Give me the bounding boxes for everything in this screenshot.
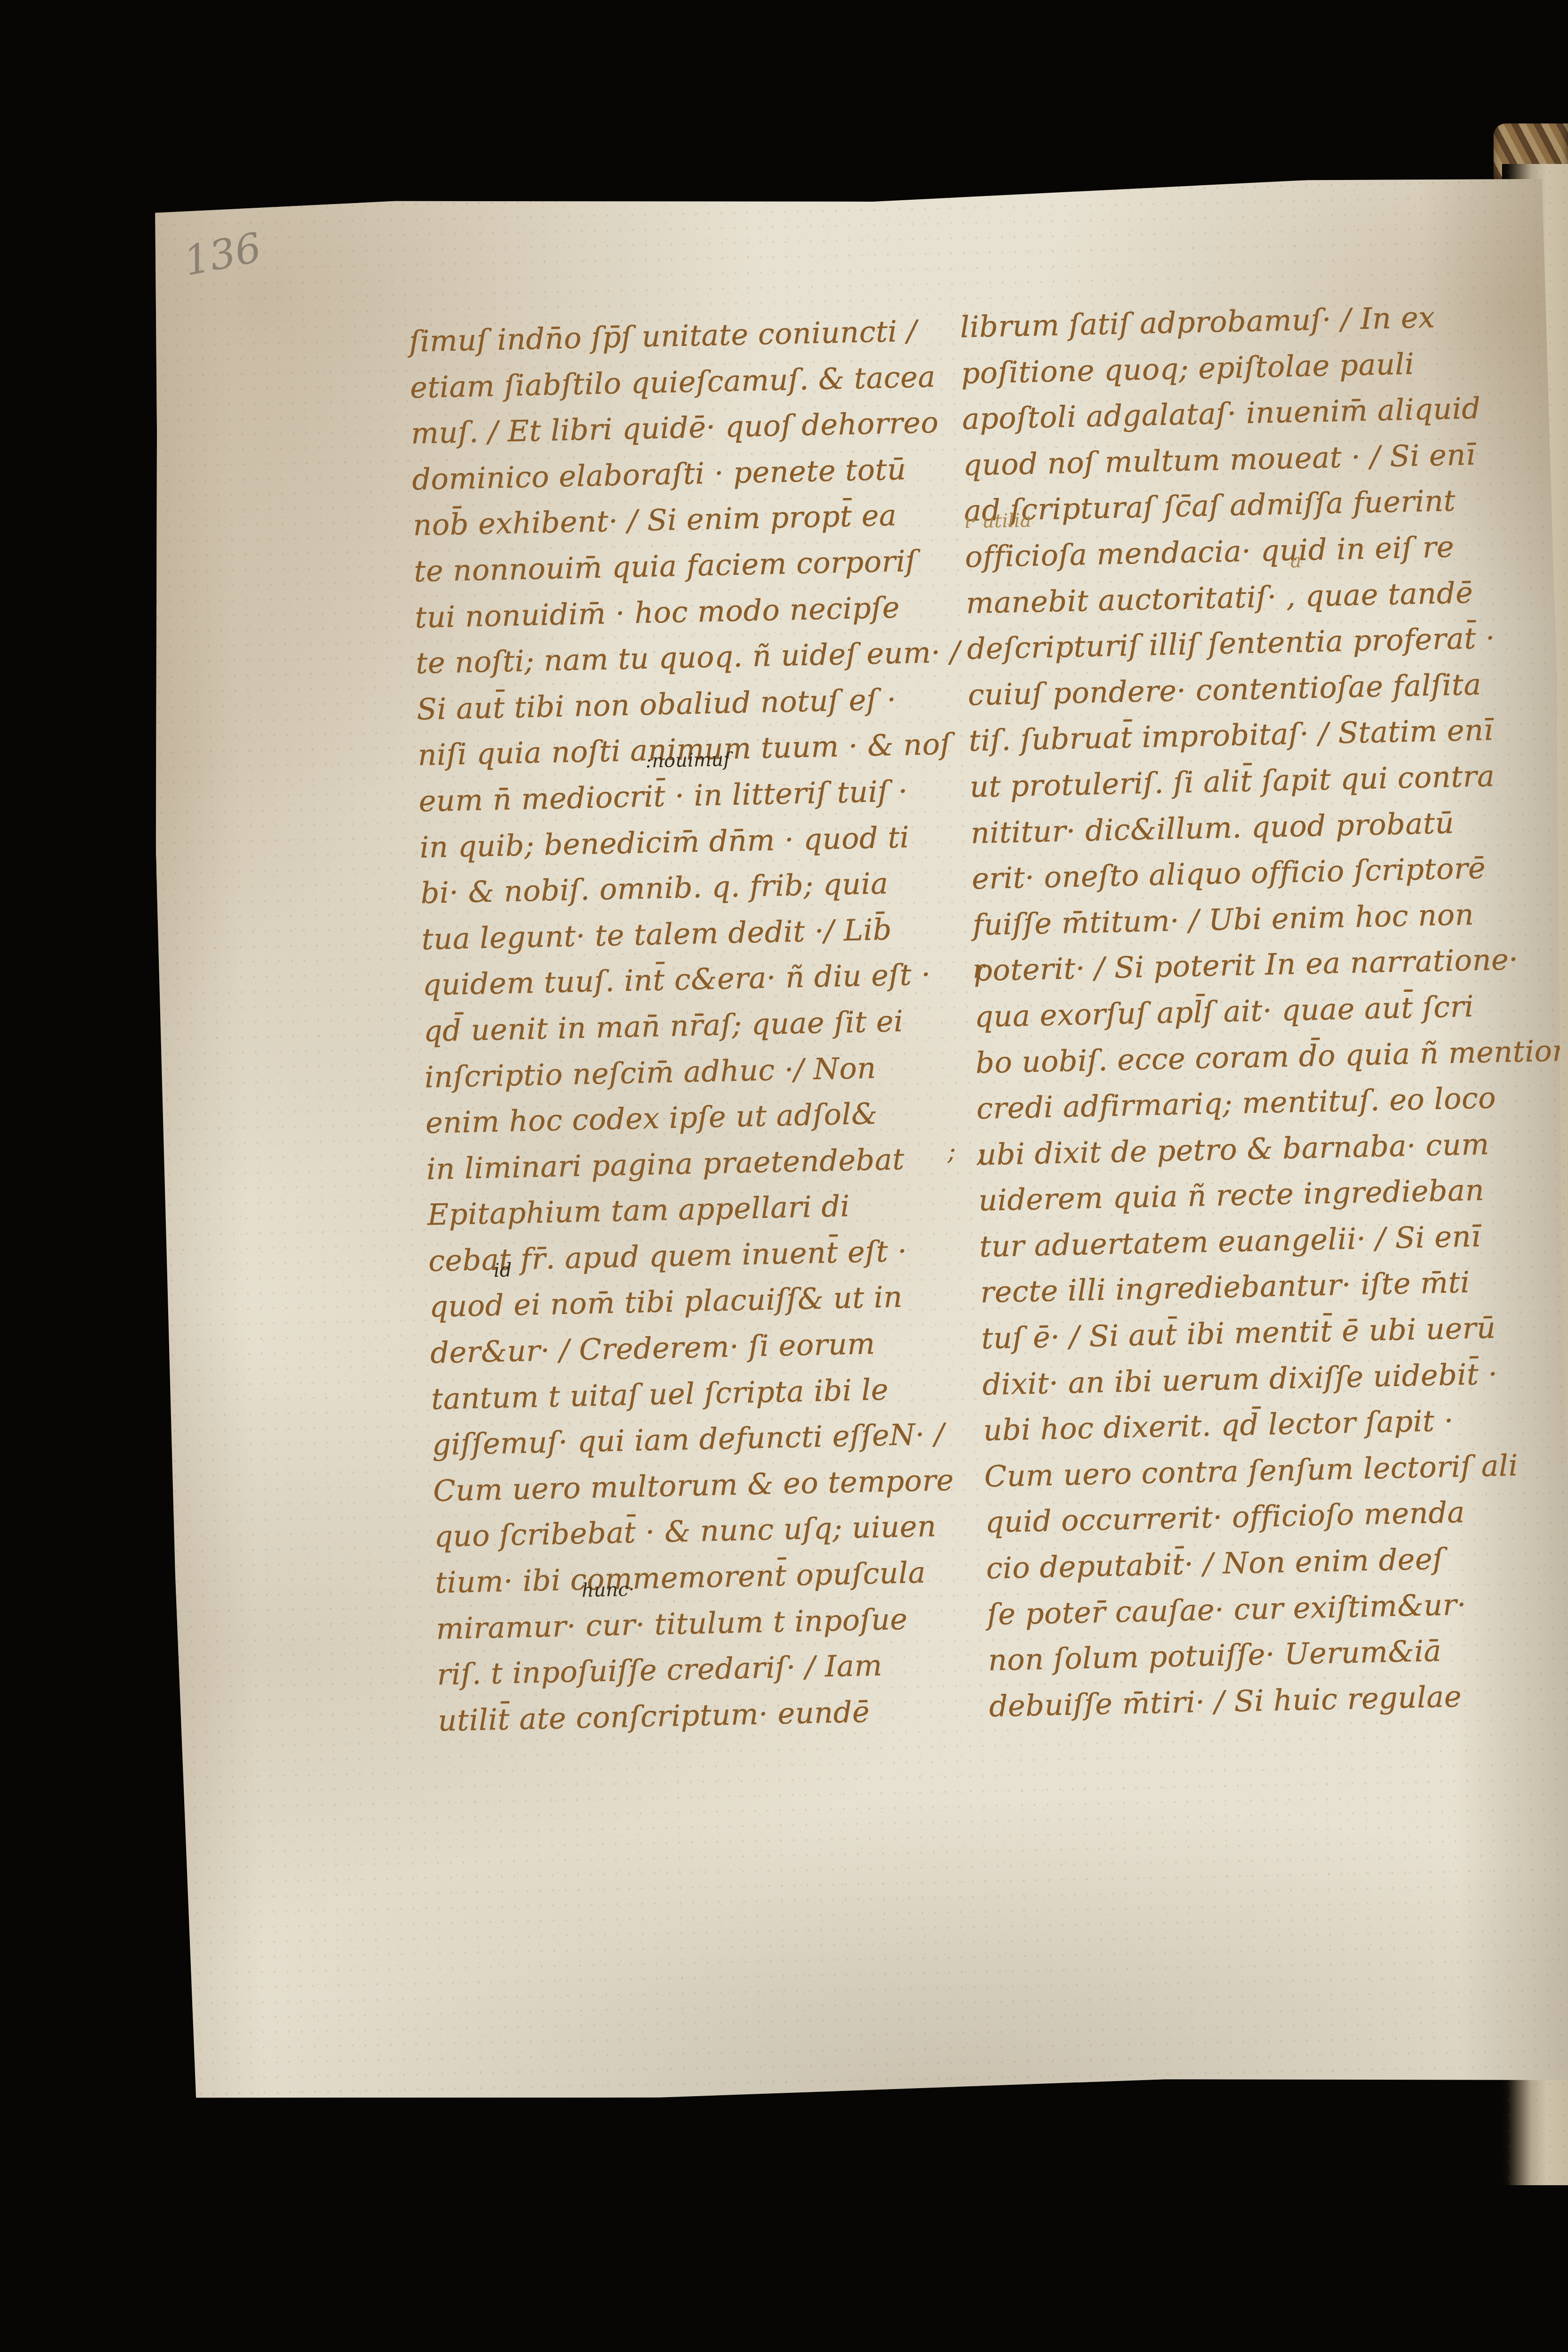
folio-number: 136 [180, 224, 265, 285]
margin-mark: ; [947, 1136, 956, 1166]
interlinear-gloss: id [493, 1261, 512, 1280]
photo-backdrop: { "page": { "folio_number": "136", "colo… [0, 0, 1568, 2352]
manuscript-page: 136 ſimuſ indn̄o ſp̄ſ unitate coniuncti … [142, 173, 1568, 2110]
interlinear-gloss: a [1290, 551, 1302, 570]
text-column-left: ſimuſ indn̄o ſp̄ſ unitate coniuncti /eti… [408, 307, 980, 1744]
interlinear-gloss: hunc· [581, 1580, 635, 1600]
interlinear-gloss: ı· utilia [964, 511, 1031, 531]
interlinear-gloss: :nouimuſ [645, 750, 731, 771]
text-column-right: librum ſatiſ adprobamuſ· / In expoſition… [960, 293, 1531, 1730]
